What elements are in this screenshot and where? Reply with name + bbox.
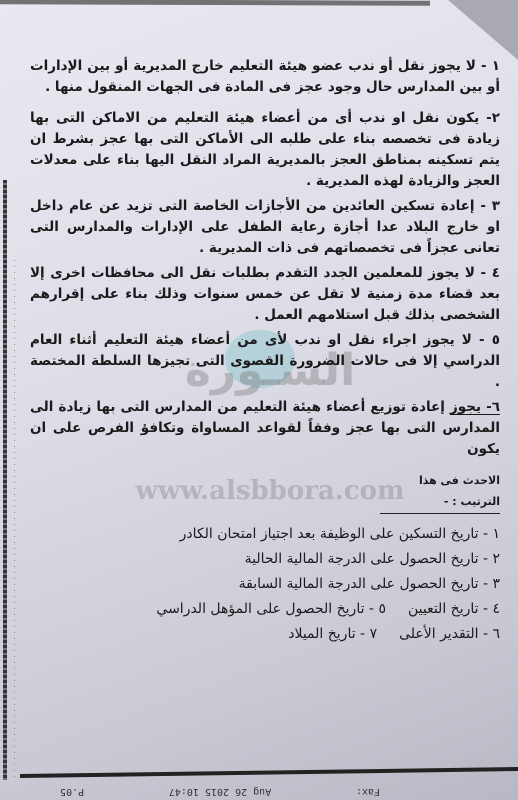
- priority-list: ١ - تاريخ التسكين على الوظيفة بعد اجتياز…: [30, 522, 500, 647]
- priority-item-6-7: ٦ - التقدير الأعلى٧ - تاريخ الميلاد: [30, 622, 500, 647]
- fax-footer: Fax: Aug 26 2015 10:47 P.05: [60, 781, 380, 797]
- clause-6-text: إعادة توزيع أعضاء هيئة التعليم من المدار…: [30, 399, 500, 457]
- left-page-edge: [3, 180, 7, 780]
- priority-item-4-5: ٤ - تاريخ التعيين٥ - تاريخ الحصول على ال…: [30, 597, 500, 622]
- bottom-fax-rule: [20, 767, 518, 778]
- priority-item-7: ٧ - تاريخ الميلاد: [288, 626, 377, 642]
- priority-item-6: ٦ - التقدير الأعلى: [399, 626, 500, 642]
- top-fax-rule: [0, 0, 430, 6]
- fax-page-number: P.05: [60, 781, 84, 797]
- clause-6: ٦- يجوز إعادة توزيع أعضاء هيئة التعليم م…: [30, 397, 500, 460]
- fax-label: Fax:: [356, 781, 380, 797]
- fax-datetime: Aug 26 2015 10:47: [169, 781, 271, 797]
- priority-item-5: ٥ - تاريخ الحصول على المؤهل الدراسي: [156, 601, 386, 617]
- watermark-url: www.alsbbora.com: [120, 476, 420, 506]
- document-body: ١ - لا يجوز نقل أو ندب عضو هيئة التعليم …: [30, 30, 500, 647]
- clause-4: ٤ - لا يجوز للمعلمين الجدد التقدم بطلبات…: [30, 263, 500, 326]
- clause-5: ٥ - لا يجوز اجراء نقل او ندب لأى من أعضا…: [30, 330, 500, 393]
- priority-item-2: ٢ - تاريخ الحصول على الدرجة المالية الحا…: [30, 547, 500, 572]
- clause-1: ١ - لا يجوز نقل أو ندب عضو هيئة التعليم …: [30, 56, 500, 98]
- clause-6-lead: ٦- يجوز: [450, 399, 500, 415]
- clause-3: ٣ - إعادة تسكين العائدين من الأجازات الخ…: [30, 196, 500, 259]
- priority-item-1: ١ - تاريخ التسكين على الوظيفة بعد اجتياز…: [30, 522, 500, 547]
- priority-item-4: ٤ - تاريخ التعيين: [408, 601, 500, 617]
- left-dotted-margin: [14, 260, 15, 780]
- clause-2: ٢- يكون نقل او ندب أى من أعضاء هيئة التع…: [30, 108, 500, 192]
- priority-item-3: ٣ - تاريخ الحصول على الدرجة المالية السا…: [30, 572, 500, 597]
